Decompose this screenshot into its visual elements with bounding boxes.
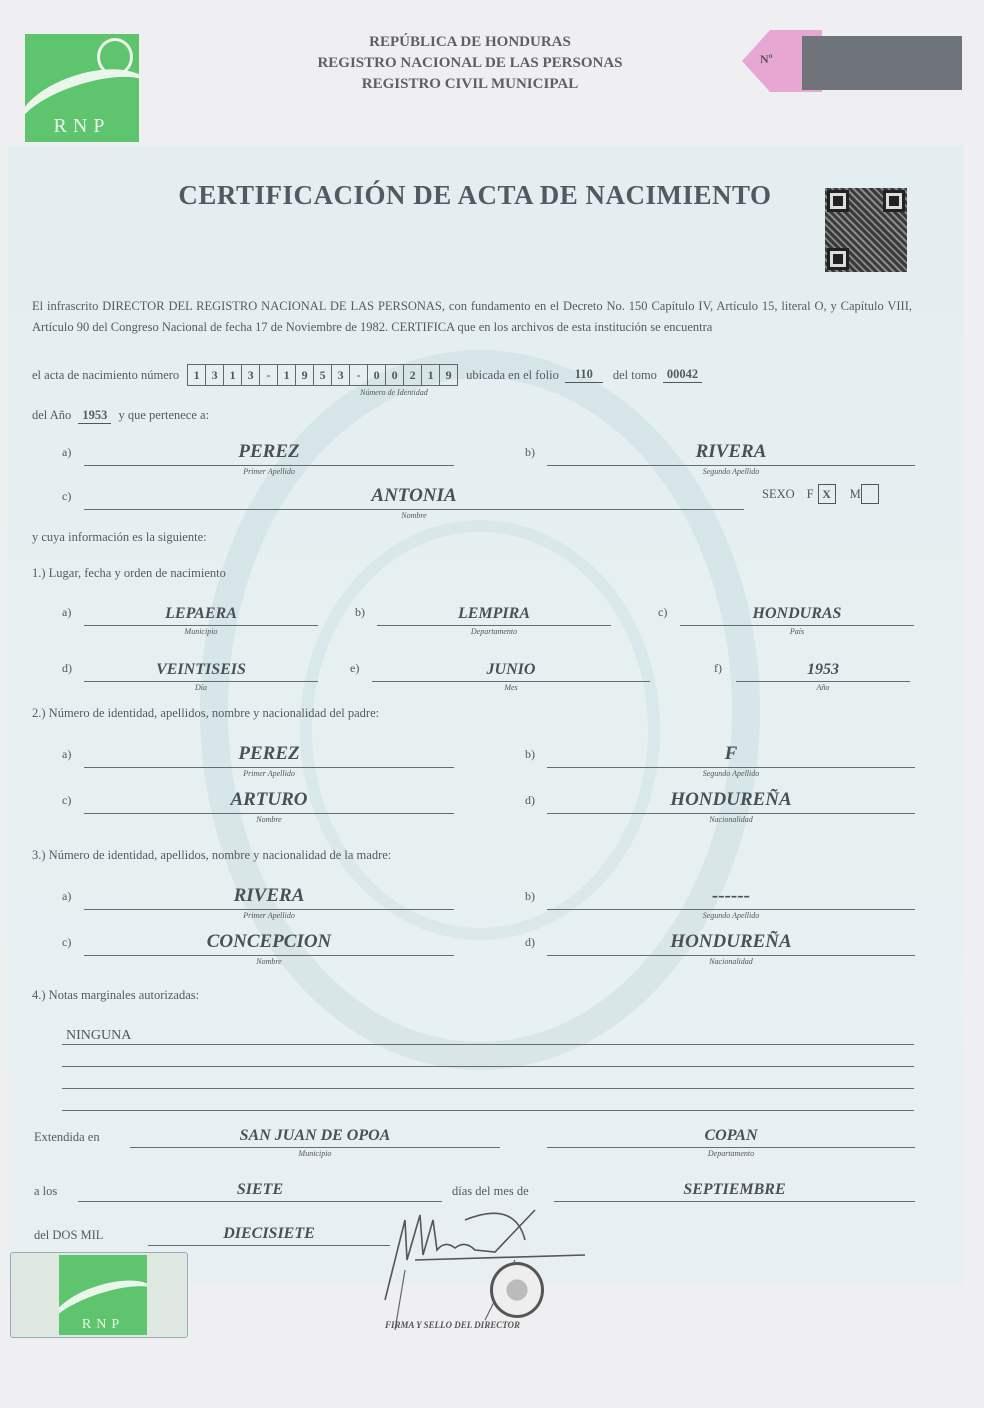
mother-name: c) CONCEPCION Nombre bbox=[62, 930, 454, 956]
field-letter: a) bbox=[62, 889, 71, 904]
field-caption: Primer Apellido bbox=[84, 911, 454, 920]
sex-f-checkbox: X bbox=[818, 484, 836, 504]
marginal-notes-value: NINGUNA bbox=[66, 1028, 131, 1044]
sex-field: SEXO F X M bbox=[762, 484, 889, 504]
birth-mes: e) JUNIO Mes bbox=[350, 660, 650, 682]
birth-pais: c) HONDURAS País bbox=[658, 604, 914, 626]
field-value: LEMPIRA bbox=[377, 605, 611, 623]
field-caption: Departamento bbox=[547, 1149, 915, 1158]
father-second-surname: b) F Segundo Apellido bbox=[525, 742, 915, 768]
section1-title: 1.) Lugar, fecha y orden de nacimiento bbox=[32, 566, 226, 581]
field-letter: b) bbox=[355, 605, 365, 620]
field-value: RIVERA bbox=[84, 885, 454, 907]
field-value: CONCEPCION bbox=[84, 931, 454, 953]
director-signature bbox=[375, 1200, 615, 1330]
field-value: HONDUREÑA bbox=[547, 789, 915, 811]
id-digit-box: 5 bbox=[314, 365, 332, 385]
field-value: ANTONIA bbox=[84, 485, 744, 507]
field-value: COPAN bbox=[547, 1127, 915, 1145]
field-caption: Nombre bbox=[84, 957, 454, 966]
field-rule bbox=[84, 955, 454, 956]
field-caption: Nombre bbox=[84, 815, 454, 824]
year-suffix: y que pertenece a: bbox=[118, 408, 209, 422]
field-rule bbox=[547, 1147, 915, 1148]
id-digit-box: 0 bbox=[368, 365, 386, 385]
field-letter: b) bbox=[525, 445, 535, 460]
field-value: DIECISIETE bbox=[148, 1225, 390, 1243]
field-rule bbox=[547, 909, 915, 910]
seal-logo: RNP bbox=[59, 1255, 147, 1335]
field-value: HONDURAS bbox=[680, 605, 914, 623]
field-rule bbox=[84, 767, 454, 768]
field-rule bbox=[547, 955, 915, 956]
mother-first-surname: a) RIVERA Primer Apellido bbox=[62, 884, 454, 910]
year-row: del Año 1953 y que pertenece a: bbox=[32, 408, 209, 424]
field-value: SIETE bbox=[78, 1181, 442, 1199]
field-value: 1953 bbox=[736, 661, 910, 679]
rnp-logo: RNP bbox=[25, 34, 139, 142]
id-digit-box: 9 bbox=[440, 365, 457, 385]
id-digit-box: 3 bbox=[242, 365, 260, 385]
notes-line bbox=[62, 1066, 914, 1067]
field-caption: Día bbox=[84, 683, 318, 692]
field-rule bbox=[377, 625, 611, 626]
field-value: RIVERA bbox=[547, 441, 915, 463]
issued-month: SEPTIEMBRE bbox=[532, 1178, 915, 1202]
id-number-boxes: 1313-1953-00219 bbox=[187, 364, 458, 386]
notes-line bbox=[62, 1088, 914, 1089]
field-rule bbox=[130, 1147, 500, 1148]
id-digit-box: 2 bbox=[404, 365, 422, 385]
id-digit-box: - bbox=[350, 365, 368, 385]
sex-f-label: F bbox=[807, 487, 814, 502]
field-caption: Segundo Apellido bbox=[547, 467, 915, 476]
field-rule bbox=[84, 813, 454, 814]
field-value: VEINTISEIS bbox=[84, 661, 318, 679]
mother-second-surname: b) ------ Segundo Apellido bbox=[525, 884, 915, 910]
header-line-2: REGISTRO NACIONAL DE LAS PERSONAS bbox=[250, 53, 690, 74]
issued-departamento: COPAN Departamento bbox=[525, 1124, 915, 1148]
person-second-surname: b) RIVERA Segundo Apellido bbox=[525, 440, 915, 466]
sex-label: SEXO bbox=[762, 487, 795, 502]
field-letter: e) bbox=[350, 661, 359, 676]
id-digit-box: 1 bbox=[278, 365, 296, 385]
id-digit-box: 3 bbox=[332, 365, 350, 385]
year-value: 1953 bbox=[78, 408, 111, 424]
issuer-header: REPÚBLICA DE HONDURAS REGISTRO NACIONAL … bbox=[250, 32, 690, 95]
field-rule bbox=[84, 681, 318, 682]
field-rule bbox=[680, 625, 914, 626]
father-first-surname: a) PEREZ Primer Apellido bbox=[62, 742, 454, 768]
notes-line bbox=[62, 1044, 914, 1045]
signature-caption: FIRMA Y SELLO DEL DIRECTOR bbox=[385, 1320, 520, 1330]
field-letter: a) bbox=[62, 445, 71, 460]
field-letter: c) bbox=[62, 489, 71, 504]
id-caption: Número de Identidad bbox=[360, 388, 428, 397]
header-line-1: REPÚBLICA DE HONDURAS bbox=[250, 32, 690, 53]
sex-m-checkbox bbox=[861, 484, 879, 504]
field-rule bbox=[84, 465, 454, 466]
issued-days: SIETE bbox=[56, 1178, 442, 1202]
id-digit-box: - bbox=[260, 365, 278, 385]
record-prefix: el acta de nacimiento número bbox=[32, 368, 179, 383]
field-letter: a) bbox=[62, 605, 71, 620]
field-rule bbox=[84, 625, 318, 626]
id-digit-box: 1 bbox=[422, 365, 440, 385]
field-caption: Segundo Apellido bbox=[547, 911, 915, 920]
tomo-label: del tomo bbox=[613, 368, 657, 383]
birth-certificate-page: RNP REPÚBLICA DE HONDURAS REGISTRO NACIO… bbox=[0, 0, 984, 1408]
redacted-number bbox=[802, 36, 962, 90]
father-nationality: d) HONDUREÑA Nacionalidad bbox=[525, 788, 915, 814]
field-rule bbox=[84, 909, 454, 910]
field-caption: Municipio bbox=[130, 1149, 500, 1158]
issued-year: DIECISIETE bbox=[126, 1222, 390, 1246]
id-digit-box: 0 bbox=[386, 365, 404, 385]
field-letter: d) bbox=[62, 661, 72, 676]
field-letter: b) bbox=[525, 889, 535, 904]
field-value: JUNIO bbox=[372, 661, 650, 679]
field-caption: Mes bbox=[372, 683, 650, 692]
year-label-issued: del DOS MIL bbox=[34, 1228, 103, 1243]
rnp-security-seal: RNP bbox=[10, 1252, 188, 1338]
field-letter: c) bbox=[62, 935, 71, 950]
logo-text: RNP bbox=[25, 115, 139, 138]
field-caption: País bbox=[680, 627, 914, 636]
field-letter: b) bbox=[525, 747, 535, 762]
field-value: PEREZ bbox=[84, 743, 454, 765]
notes-line bbox=[62, 1110, 914, 1111]
mother-nationality: d) HONDUREÑA Nacionalidad bbox=[525, 930, 915, 956]
field-rule bbox=[736, 681, 910, 682]
issued-municipio: SAN JUAN DE OPOA Municipio bbox=[108, 1124, 500, 1148]
field-letter: c) bbox=[658, 605, 667, 620]
field-letter: d) bbox=[525, 793, 535, 808]
field-rule bbox=[148, 1245, 390, 1246]
field-value: SAN JUAN DE OPOA bbox=[130, 1127, 500, 1145]
issued-label: Extendida en bbox=[34, 1130, 100, 1145]
field-caption: Primer Apellido bbox=[84, 769, 454, 778]
month-label: días del mes de bbox=[452, 1184, 529, 1199]
birth-departamento: b) LEMPIRA Departamento bbox=[355, 604, 611, 626]
field-value: ------ bbox=[547, 885, 915, 907]
father-name: c) ARTURO Nombre bbox=[62, 788, 454, 814]
field-caption: Nacionalidad bbox=[547, 815, 915, 824]
field-letter: c) bbox=[62, 793, 71, 808]
year-label: del Año bbox=[32, 408, 71, 422]
header-line-3: REGISTRO CIVIL MUNICIPAL bbox=[250, 74, 690, 95]
birth-dia: d) VEINTISEIS Día bbox=[62, 660, 318, 682]
days-label: a los bbox=[34, 1184, 57, 1199]
seal-logo-text: RNP bbox=[59, 1317, 147, 1333]
director-stamp-icon bbox=[490, 1262, 544, 1318]
info-intro: y cuya información es la siguiente: bbox=[32, 530, 207, 545]
field-value: PEREZ bbox=[84, 441, 454, 463]
tomo-value: 00042 bbox=[663, 367, 702, 383]
id-digit-box: 1 bbox=[224, 365, 242, 385]
field-value: F bbox=[547, 743, 915, 765]
id-digit-box: 9 bbox=[296, 365, 314, 385]
field-rule bbox=[547, 813, 915, 814]
certificate-number-tag: Nº bbox=[742, 30, 964, 92]
person-first-surname: a) PEREZ Primer Apellido bbox=[62, 440, 454, 466]
field-caption: Segundo Apellido bbox=[547, 769, 915, 778]
folio-label: ubicada en el folio bbox=[466, 368, 559, 383]
field-caption: Primer Apellido bbox=[84, 467, 454, 476]
birth-municipio: a) LEPAERA Municipio bbox=[62, 604, 318, 626]
person-name: c) ANTONIA Nombre bbox=[62, 484, 744, 510]
field-letter: a) bbox=[62, 747, 71, 762]
field-caption: Departamento bbox=[377, 627, 611, 636]
number-label: Nº bbox=[760, 52, 773, 67]
field-rule bbox=[84, 509, 744, 510]
field-value: SEPTIEMBRE bbox=[554, 1181, 915, 1199]
sex-m-label: M bbox=[850, 487, 861, 502]
record-number-row: el acta de nacimiento número 1313-1953-0… bbox=[32, 364, 922, 386]
document-title: CERTIFICACIÓN DE ACTA DE NACIMIENTO bbox=[140, 180, 810, 211]
folio-value: 110 bbox=[565, 367, 603, 383]
field-value: ARTURO bbox=[84, 789, 454, 811]
qr-code-icon bbox=[825, 188, 907, 272]
intro-paragraph: El infrascrito DIRECTOR DEL REGISTRO NAC… bbox=[32, 296, 912, 338]
field-caption: Municipio bbox=[84, 627, 318, 636]
section4-title: 4.) Notas marginales autorizadas: bbox=[32, 988, 199, 1003]
birth-anio: f) 1953 Año bbox=[714, 660, 910, 682]
field-rule bbox=[547, 465, 915, 466]
watermark-seal-inner bbox=[300, 520, 660, 940]
field-caption: Año bbox=[736, 683, 910, 692]
field-caption: Nombre bbox=[84, 511, 744, 520]
field-letter: d) bbox=[525, 935, 535, 950]
id-digit-box: 3 bbox=[206, 365, 224, 385]
field-caption: Nacionalidad bbox=[547, 957, 915, 966]
field-letter: f) bbox=[714, 661, 722, 676]
field-value: LEPAERA bbox=[84, 605, 318, 623]
id-digit-box: 1 bbox=[188, 365, 206, 385]
section2-title: 2.) Número de identidad, apellidos, nomb… bbox=[32, 706, 379, 721]
field-rule bbox=[372, 681, 650, 682]
section3-title: 3.) Número de identidad, apellidos, nomb… bbox=[32, 848, 391, 863]
field-rule bbox=[547, 767, 915, 768]
field-value: HONDUREÑA bbox=[547, 931, 915, 953]
